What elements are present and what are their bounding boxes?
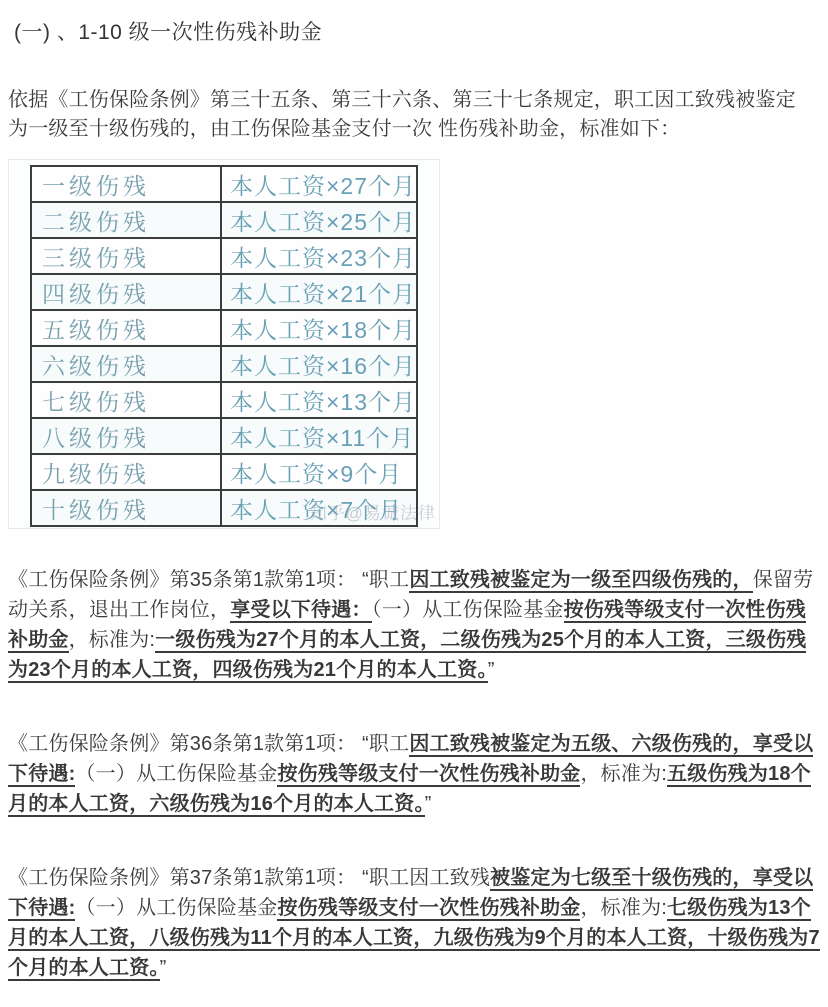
table-row: 二级伤残本人工资×25个月 (31, 202, 417, 238)
emphasis-segment: 因工致残被鉴定为一级至四级伤残的， (409, 569, 752, 593)
table-row: 一级伤残本人工资×27个月 (31, 166, 417, 202)
table-row: 七级伤残本人工资×13个月 (31, 382, 417, 418)
text-segment: ，标准为: (580, 763, 667, 785)
benefit-table-image: 一级伤残本人工资×27个月二级伤残本人工资×25个月三级伤残本人工资×23个月四… (8, 159, 440, 529)
level-cell: 六级伤残 (31, 346, 221, 382)
formula-cell: 本人工资×16个月 (221, 346, 417, 382)
benefit-table: 一级伤残本人工资×27个月二级伤残本人工资×25个月三级伤残本人工资×23个月四… (30, 165, 418, 527)
text-segment: 《工伤保险条例》第37条第1款第1项： “职工因工致残 (8, 867, 490, 889)
article-paragraph: 《工伤保险条例》第36条第1款第1项： “职工因工致残被鉴定为五级、六级伤残的，… (8, 729, 822, 819)
text-segment: （一）从工伤保险基金 (372, 599, 564, 621)
formula-cell: 本人工资×9个月 (221, 454, 417, 490)
level-cell: 三级伤残 (31, 238, 221, 274)
text-segment: ” (160, 957, 167, 979)
table-row: 五级伤残本人工资×18个月 (31, 310, 417, 346)
emphasis-segment: 享受以下待遇： (230, 599, 371, 623)
text-segment: ，标准为: (69, 629, 156, 651)
text-segment: ” (488, 659, 495, 681)
text-segment: 《工伤保险条例》第36条第1款第1项： “职工 (8, 733, 409, 755)
table-row: 六级伤残本人工资×16个月 (31, 346, 417, 382)
table-row: 九级伤残本人工资×9个月 (31, 454, 417, 490)
page-title: (一) 、1-10 级一次性伤残补助金 (14, 16, 822, 46)
table-row: 八级伤残本人工资×11个月 (31, 418, 417, 454)
text-segment: ，标准为: (580, 897, 667, 919)
formula-cell: 本人工资×27个月 (221, 166, 417, 202)
benefit-table-body: 一级伤残本人工资×27个月二级伤残本人工资×25个月三级伤残本人工资×23个月四… (31, 166, 417, 526)
formula-cell: 本人工资×23个月 (221, 238, 417, 274)
formula-cell: 本人工资×7个月 (221, 490, 417, 526)
article-paragraph: 《工伤保险条例》第35条第1款第1项： “职工因工致残被鉴定为一级至四级伤残的，… (8, 565, 822, 685)
level-cell: 五级伤残 (31, 310, 221, 346)
level-cell: 二级伤残 (31, 202, 221, 238)
level-cell: 四级伤残 (31, 274, 221, 310)
level-cell: 九级伤残 (31, 454, 221, 490)
article-page: (一) 、1-10 级一次性伤残补助金 依据《工伤保险条例》第三十五条、第三十六… (0, 0, 828, 1007)
level-cell: 七级伤残 (31, 382, 221, 418)
emphasis-segment: 按伤残等级支付一次性伤残补助金 (277, 763, 580, 787)
formula-cell: 本人工资×13个月 (221, 382, 417, 418)
article-paragraph: 《工伤保险条例》第37条第1款第1项： “职工因工致残被鉴定为七级至十级伤残的，… (8, 863, 822, 983)
formula-cell: 本人工资×11个月 (221, 418, 417, 454)
formula-cell: 本人工资×21个月 (221, 274, 417, 310)
level-cell: 十级伤残 (31, 490, 221, 526)
text-segment: （一）从工伤保险基金 (75, 763, 277, 785)
intro-paragraph: 依据《工伤保险条例》第三十五条、第三十六条、第三十七条规定，职工因工致残被鉴定为… (8, 86, 804, 144)
table-row: 四级伤残本人工资×21个月 (31, 274, 417, 310)
formula-cell: 本人工资×18个月 (221, 310, 417, 346)
text-segment: 《工伤保险条例》第35条第1款第1项： “职工 (8, 569, 409, 591)
level-cell: 八级伤残 (31, 418, 221, 454)
table-row: 三级伤残本人工资×23个月 (31, 238, 417, 274)
article-quotes: 《工伤保险条例》第35条第1款第1项： “职工因工致残被鉴定为一级至四级伤残的，… (8, 565, 822, 983)
text-segment: （一）从工伤保险基金 (75, 897, 277, 919)
formula-cell: 本人工资×25个月 (221, 202, 417, 238)
emphasis-segment: 按伤残等级支付一次性伤残补助金 (277, 897, 580, 921)
level-cell: 一级伤残 (31, 166, 221, 202)
text-segment: ” (425, 793, 432, 815)
table-row: 十级伤残本人工资×7个月 (31, 490, 417, 526)
